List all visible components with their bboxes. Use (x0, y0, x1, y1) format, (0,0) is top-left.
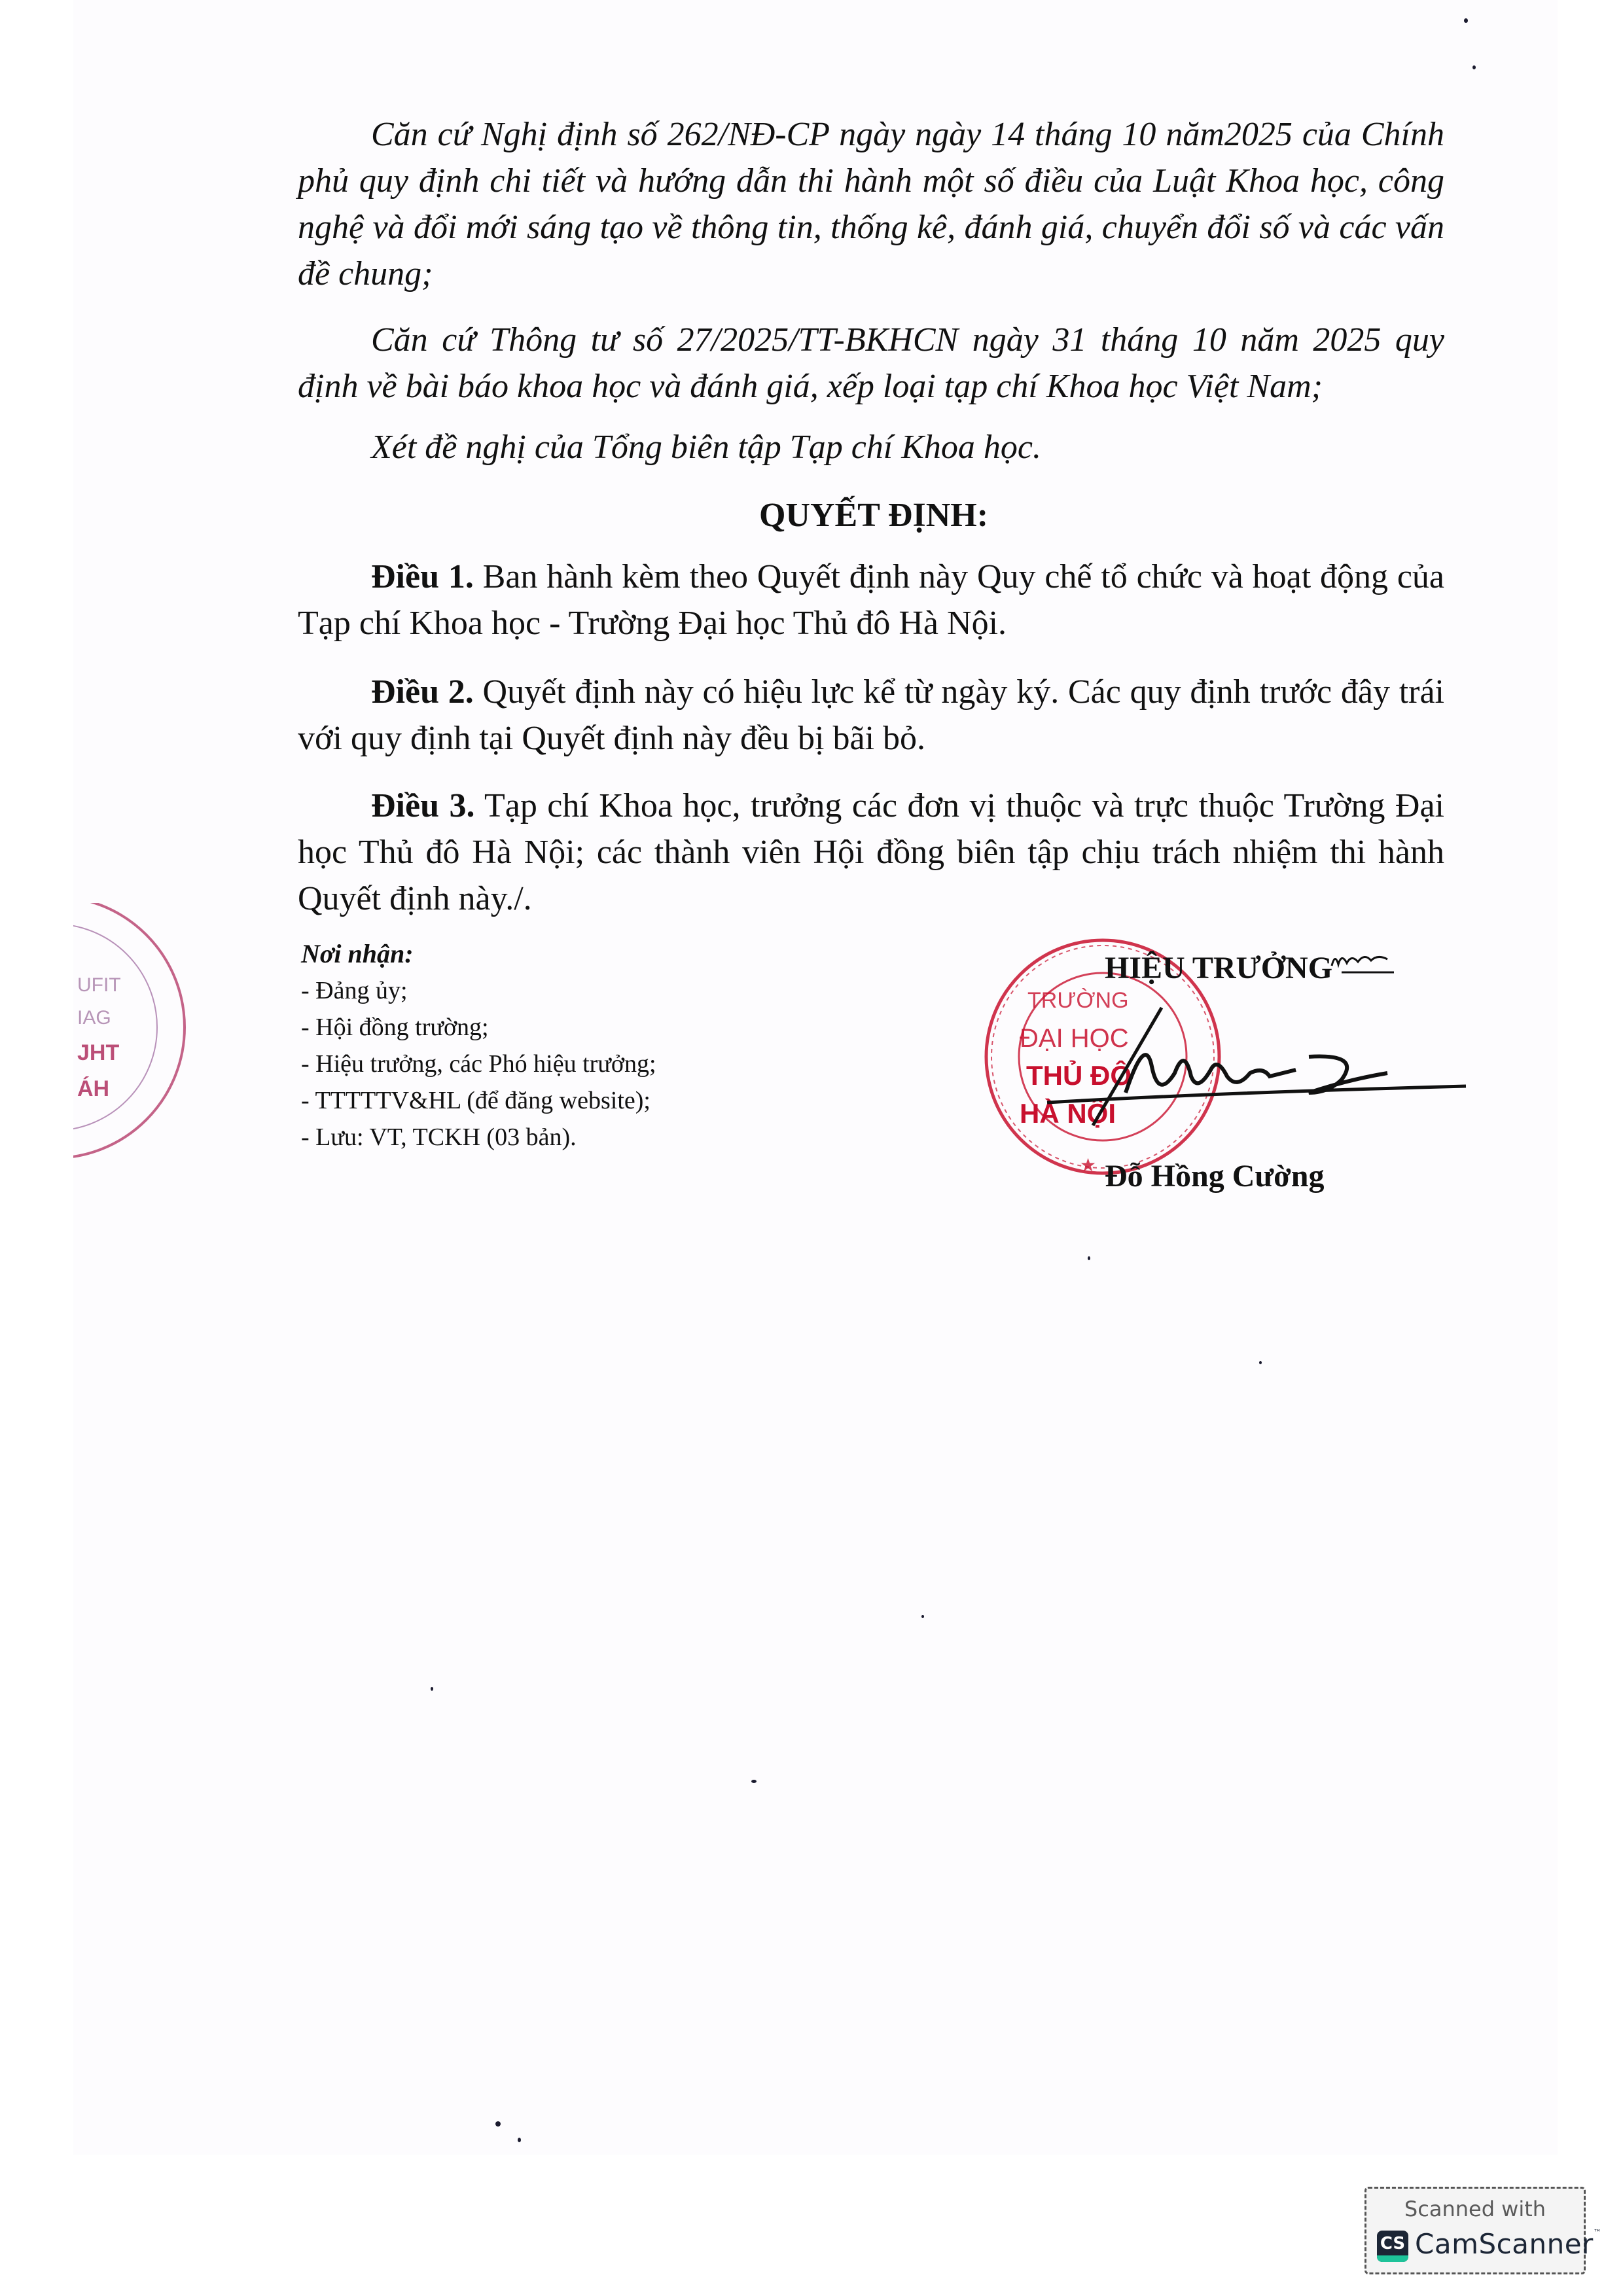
signature-title: HIỆU TRƯỞNG (1105, 950, 1332, 986)
recipients-block: Nơi nhận: - Đảng ủy; - Hội đồng trường; … (301, 936, 656, 1156)
preamble-proposal: Xét đề nghị của Tổng biên tập Tạp chí Kh… (298, 424, 1444, 470)
article-3-label: Điều 3. (371, 787, 474, 824)
camscanner-badge: Scanned with CS CamScanner™ (1364, 2187, 1586, 2274)
scanned-with-label: Scanned with (1366, 2197, 1584, 2221)
recipient-item: - Hội đồng trường; (301, 1009, 656, 1046)
signer-name: Đỗ Hồng Cường (1105, 1158, 1324, 1194)
brand-name: CamScanner (1415, 2228, 1594, 2260)
recipient-item: - Lưu: VT, TCKH (03 bản). (301, 1119, 656, 1156)
recipient-item: - Đảng ủy; (301, 972, 656, 1009)
preamble-circular: Căn cứ Thông tư số 27/2025/TT-BKHCN ngày… (298, 317, 1444, 410)
svg-text:ÁH: ÁH (77, 1076, 109, 1101)
recipient-item: - Hiệu trưởng, các Phó hiệu trưởng; (301, 1046, 656, 1082)
signature-scribble-icon (1021, 995, 1518, 1165)
scan-speck (751, 1780, 757, 1783)
decision-heading: QUYẾT ĐỊNH: (0, 496, 1623, 535)
side-stamp-icon: UFIT IAG JHT ÁH (73, 903, 204, 1165)
article-3: Điều 3. Tạp chí Khoa học, trưởng các đơn… (298, 783, 1444, 922)
svg-text:UFIT: UFIT (77, 974, 121, 996)
scan-speck (495, 2121, 501, 2127)
initials-icon (1329, 946, 1400, 979)
trademark-mark: ™ (1594, 2228, 1602, 2237)
article-2-label: Điều 2. (371, 673, 474, 711)
article-1: Điều 1. Ban hành kèm theo Quyết định này… (298, 554, 1444, 646)
scan-speck (1259, 1361, 1262, 1364)
scan-speck (921, 1615, 924, 1618)
scan-speck (1472, 65, 1476, 69)
scan-speck (1088, 1256, 1090, 1260)
scan-speck (431, 1687, 433, 1691)
svg-text:IAG: IAG (77, 1007, 111, 1029)
scan-speck (518, 2138, 521, 2142)
article-2: Điều 2. Quyết định này có hiệu lực kể từ… (298, 669, 1444, 762)
scan-speck (1464, 18, 1468, 23)
recipient-item: - TTTTTV&HL (để đăng website); (301, 1082, 656, 1119)
preamble-decree: Căn cứ Nghị định số 262/NĐ-CP ngày ngày … (298, 111, 1444, 297)
recipients-title: Nơi nhận: (301, 936, 656, 972)
article-1-label: Điều 1. (371, 558, 474, 595)
svg-text:JHT: JHT (77, 1040, 119, 1065)
camscanner-brand: CamScanner™ (1415, 2228, 1601, 2260)
camscanner-logo-icon: CS (1377, 2231, 1408, 2262)
